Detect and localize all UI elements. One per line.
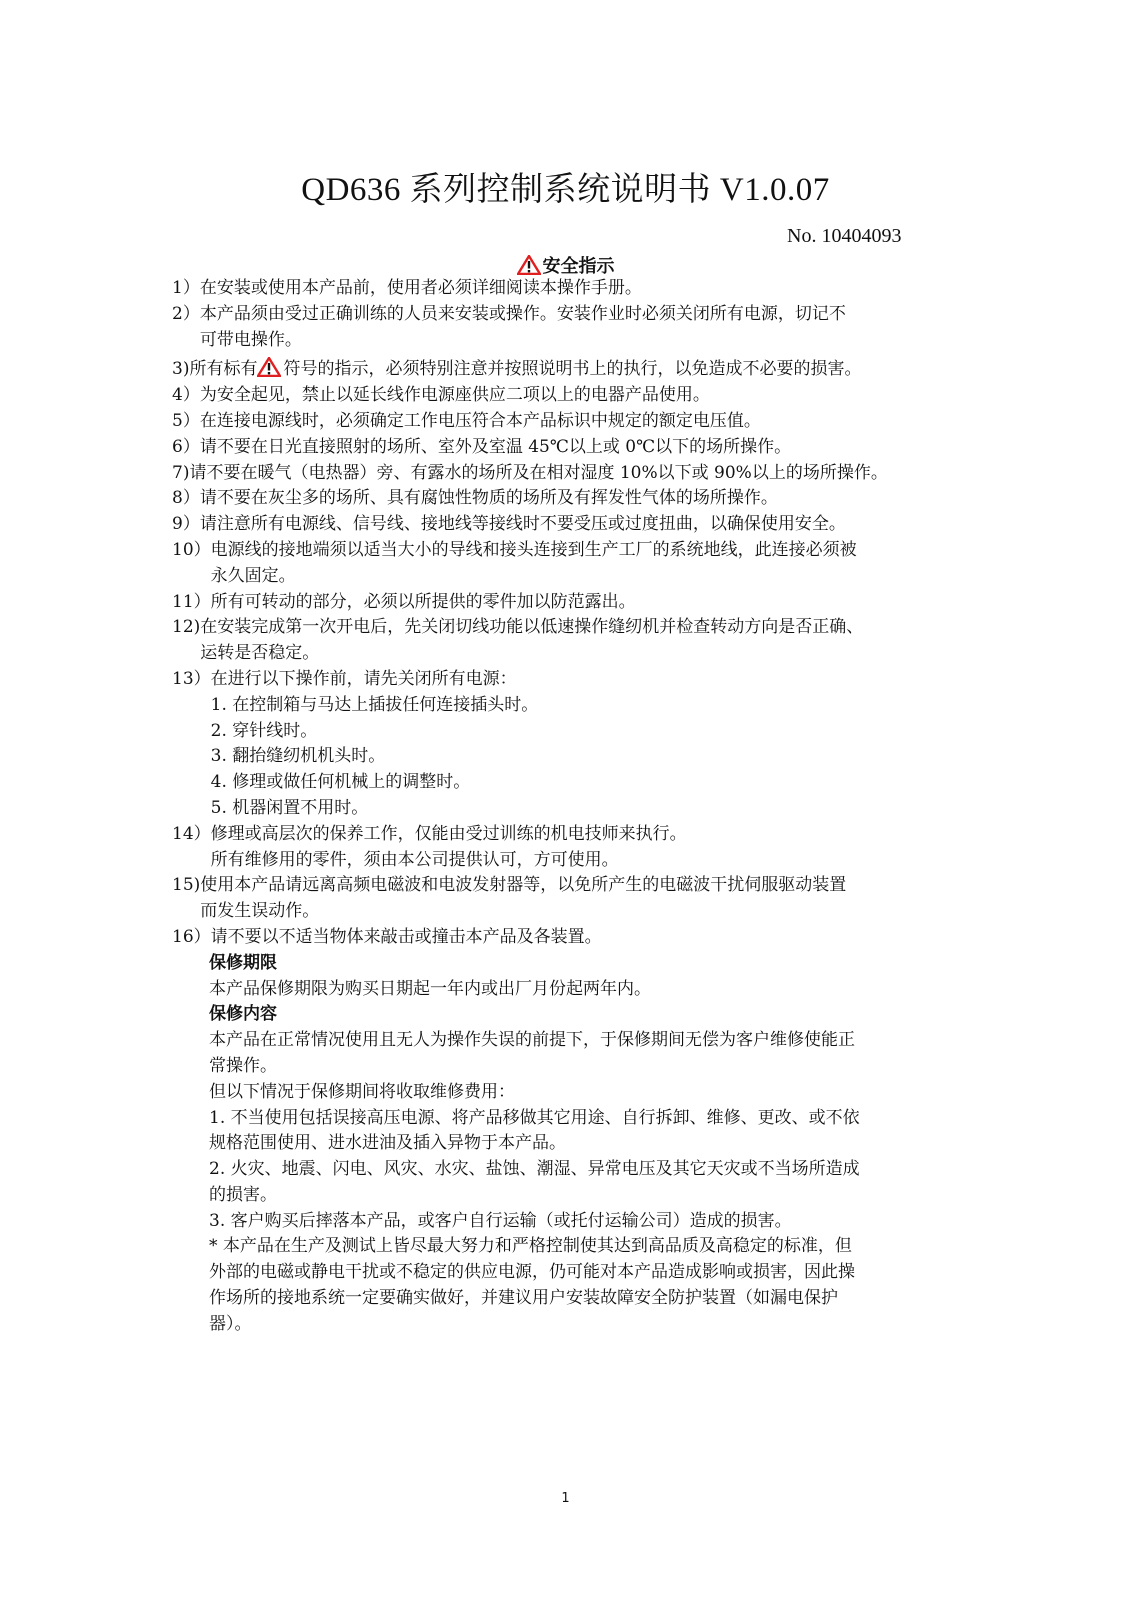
safety-item-5: 5）在连接电源线时，必须确定工作电压符合本产品标识中规定的额定电压值。 — [172, 409, 972, 435]
safety-item-16: 16）请不要以不适当物体来敲击或撞击本产品及各装置。 — [172, 925, 972, 951]
warranty-content-line: 规格范围使用、进水进油及插入异物于本产品。 — [209, 1131, 972, 1157]
warranty-content-line: 外部的电磁或静电干扰或不稳定的供应电源，仍可能对本产品造成影响或损害，因此操 — [209, 1260, 972, 1286]
safety-item-3: 3)所有标有符号的指示，必须特别注意并按照说明书上的执行，以免造成不必要的损害。 — [172, 357, 972, 383]
safety-item-8: 8）请不要在灰尘多的场所、具有腐蚀性物质的场所及有挥发性气体的场所操作。 — [172, 486, 972, 512]
safety-item-1: 1）在安装或使用本产品前，使用者必须详细阅读本操作手册。 — [172, 276, 972, 302]
warranty-content-line: 作场所的接地系统一定要确实做好，并建议用户安装故障安全防护装置（如漏电保护 — [209, 1286, 972, 1312]
safety-item-2: 2）本产品须由受过正确训练的人员来安装或操作。安装作业时必须关闭所有电源，切记不… — [172, 302, 972, 354]
warning-triangle-icon — [517, 255, 541, 275]
page-number: 1 — [0, 1491, 1131, 1506]
safety-item-12: 12)在安装完成第一次开电后，先关闭切线功能以低速操作缝纫机并检查转动方向是否正… — [172, 615, 972, 667]
warranty-period-text: 本产品保修期限为购买日期起一年内或出厂月份起两年内。 — [209, 977, 972, 1003]
warranty-content-heading: 保修内容 — [209, 1002, 972, 1028]
safety-item-6: 6）请不要在日光直接照射的场所、室外及室温 45℃以上或 0℃以下的场所操作。 — [172, 435, 972, 461]
warranty-content-line: * 本产品在生产及测试上皆尽最大努力和严格控制使其达到高品质及高稳定的标准，但 — [209, 1234, 972, 1260]
warning-triangle-icon — [257, 357, 281, 377]
safety-item-7: 7)请不要在暖气（电热器）旁、有露水的场所及在相对湿度 10%以下或 90%以上… — [172, 461, 972, 487]
warranty-content-line: 但以下情况于保修期间将收取维修费用： — [209, 1080, 972, 1106]
warranty-content-line: 常操作。 — [209, 1054, 972, 1080]
safety-item-9: 9）请注意所有电源线、信号线、接地线等接线时不要受压或过度扭曲，以确保使用安全。 — [172, 512, 972, 538]
safety-heading: 安全指示 — [0, 252, 1131, 278]
warranty-content-line: 2. 火灾、地震、闪电、风灾、水灾、盐蚀、潮湿、异常电压及其它天灾或不当场所造成 — [209, 1157, 972, 1183]
safety-item-4: 4）为安全起见，禁止以延长线作电源座供应二项以上的电器产品使用。 — [172, 383, 972, 409]
warranty-content-line: 1. 不当使用包括误接高压电源、将产品移做其它用途、自行拆卸、维修、更改、或不依 — [209, 1106, 972, 1132]
warranty-content-line: 本产品在正常情况使用且无人为操作失误的前提下，于保修期间无偿为客户维修使能正 — [209, 1028, 972, 1054]
document-number: No. 10404093 — [787, 225, 901, 248]
safety-item-14: 14）修理或高层次的保养工作，仅能由受过训练的机电技师来执行。所有维修用的零件，… — [172, 822, 972, 874]
warranty-content-line: 3. 客户购买后摔落本产品，或客户自行运输（或托付运输公司）造成的损害。 — [209, 1209, 972, 1235]
document-title: QD636 系列控制系统说明书 V1.0.07 — [0, 163, 1131, 210]
safety-item-11: 11）所有可转动的部分，必须以所提供的零件加以防范露出。 — [172, 590, 972, 616]
safety-item-15: 15)使用本产品请远离高频电磁波和电波发射器等，以免所产生的电磁波干扰伺服驱动装… — [172, 873, 972, 925]
safety-item-13: 13）在进行以下操作前，请先关闭所有电源：1. 在控制箱与马达上插拔任何连接插头… — [172, 667, 972, 822]
warranty-content-line: 的损害。 — [209, 1183, 972, 1209]
document-body: 1）在安装或使用本产品前，使用者必须详细阅读本操作手册。 2）本产品须由受过正确… — [172, 276, 972, 1338]
warranty-period-heading: 保修期限 — [209, 951, 972, 977]
warranty-content-line: 器）。 — [209, 1312, 972, 1338]
warranty-section: 保修期限 本产品保修期限为购买日期起一年内或出厂月份起两年内。 保修内容 本产品… — [172, 951, 972, 1338]
safety-item-10: 10）电源线的接地端须以适当大小的导线和接头连接到生产工厂的系统地线，此连接必须… — [172, 538, 972, 590]
safety-heading-text: 安全指示 — [543, 256, 615, 277]
